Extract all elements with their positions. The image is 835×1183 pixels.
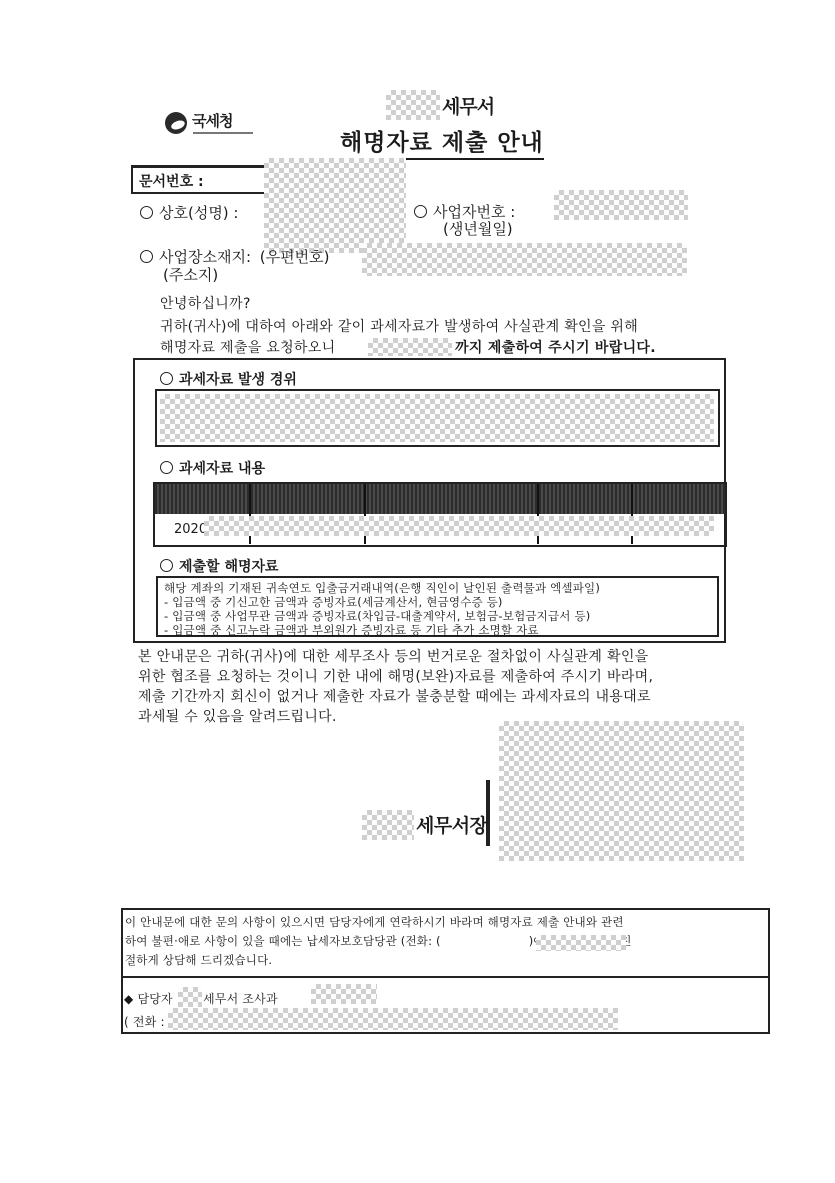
address-field: 사업장소재지: (우편번호) [140,248,329,266]
nts-emblem-icon [165,112,187,134]
redacted-office-name-contact [178,987,202,1007]
greeting: 안녕하십니까? [160,294,251,314]
origin-section-title: 과세자료 발생 경위 [179,372,297,388]
intro-line-2-suffix: 까지 제출하여 주시기 바랍니다. [455,338,656,358]
redacted-protection-officer-phone [536,935,626,951]
origin-section-label: 과세자료 발생 경위 [160,369,297,389]
doc-number-label: 문서번호 : [131,166,265,194]
page-title: 해명자료 제출 안내 [340,124,544,160]
redacted-deadline [368,338,452,356]
notice-line: 제출 기간까지 회신이 없거나 제출한 자료가 불충분할 때에는 과세자료의 내… [138,687,748,707]
tax-data-table [153,482,727,547]
company-name-label: 상호(성명) : [159,204,239,222]
circle-bullet-icon [140,250,153,263]
submit-item: 해당 계좌의 기재된 귀속연도 입출금거래내역(은행 직인이 날인된 출력물과 … [164,581,717,595]
document-page: { "header": { "logo_text": "국세청", "logo_… [0,0,835,1183]
submit-item: - 입금액 중 사업무관 금액과 증빙자료(차입금-대출계약서, 보험금-보험금… [164,609,717,623]
redacted-table-row [204,516,714,536]
birthdate-label: (생년월일) [443,220,513,238]
circle-bullet-icon [140,206,153,219]
submit-item: - 입금액 중 신고누락 금액과 부외원가 증빙자료 등 기타 추가 소명할 자… [164,623,717,637]
submit-section-title: 제출할 해명자료 [179,559,279,575]
submit-item: - 입금액 중 기신고한 금액과 증빙자료(세금계산서, 현금영수증 등) [164,595,717,609]
notice-line: 본 안내문은 귀하(귀사)에 대한 세무조사 등의 번거로운 절차없이 사실관계… [138,647,748,667]
business-number-field: 사업자번호 : [414,203,515,221]
intro-line-1: 귀하(귀사)에 대하여 아래와 같이 과세자료가 발생하여 사실관계 확인을 위… [160,317,740,337]
redacted-office-name-signature [362,810,414,840]
nts-logo: 국세청 [165,106,265,142]
redacted-contact-phone [168,1008,618,1030]
logo-subtitle [193,132,253,134]
redacted-official-seal [499,721,744,861]
notice-line: 위한 협조를 요청하는 것이니 기한 내에 해명(보완)자료를 제출하여 주시기… [138,667,748,687]
content-section-title: 과세자료 내용 [179,461,265,477]
redacted-doc-number-and-name [264,158,406,253]
footer-line-2-prefix: 하여 불편·애로 사항이 있을 때에는 납세자보호담당관 (전화: ( [125,934,441,948]
signature-title: 세무서장 [416,811,487,838]
notice-paragraph: 본 안내문은 귀하(귀사)에 대한 세무조사 등의 번거로운 절차없이 사실관계… [138,647,748,727]
business-number-label: 사업자번호 : [433,203,515,221]
contact-person-label: ◆ 담당자 : [124,992,181,1006]
company-name-field: 상호(성명) : [140,204,239,222]
content-section-label: 과세자료 내용 [160,458,265,478]
redacted-address [362,243,687,276]
office-title: 세무서 [442,92,494,119]
redacted-business-number [554,190,688,220]
submit-section-label: 제출할 해명자료 [160,556,279,576]
redacted-office-name [386,90,440,120]
redacted-contact-name [311,984,377,1004]
circle-bullet-icon [160,559,173,572]
contact-department: 세무서 조사과 [203,992,278,1006]
circle-bullet-icon [414,205,427,218]
submit-items-box: 해당 계좌의 기재된 귀속연도 입출금거래내역(은행 직인이 날인된 출력물과 … [156,576,719,637]
footer-divider [123,976,768,978]
postcode-label: (우편번호) [260,248,330,266]
address-sub-label: (주소지) [163,266,218,284]
logo-text: 국세청 [192,110,232,131]
intro-line-2-prefix: 해명자료 제출을 요청하오니 [160,338,335,358]
footer-notice: 이 안내문에 대한 문의 사항이 있으시면 담당자에게 연락하시기 바라며 해명… [125,913,765,970]
footer-line-3: 절하게 상담해 드리겠습니다. [125,951,765,970]
address-label: 사업장소재지: [159,248,251,266]
redacted-origin-text [160,394,714,442]
contact-phone-label: ( 전화 : [124,1015,165,1029]
table-header-row [155,484,725,514]
circle-bullet-icon [160,461,173,474]
circle-bullet-icon [160,372,173,385]
footer-line-1: 이 안내문에 대한 문의 사항이 있으시면 담당자에게 연락하시기 바라며 해명… [125,913,765,932]
